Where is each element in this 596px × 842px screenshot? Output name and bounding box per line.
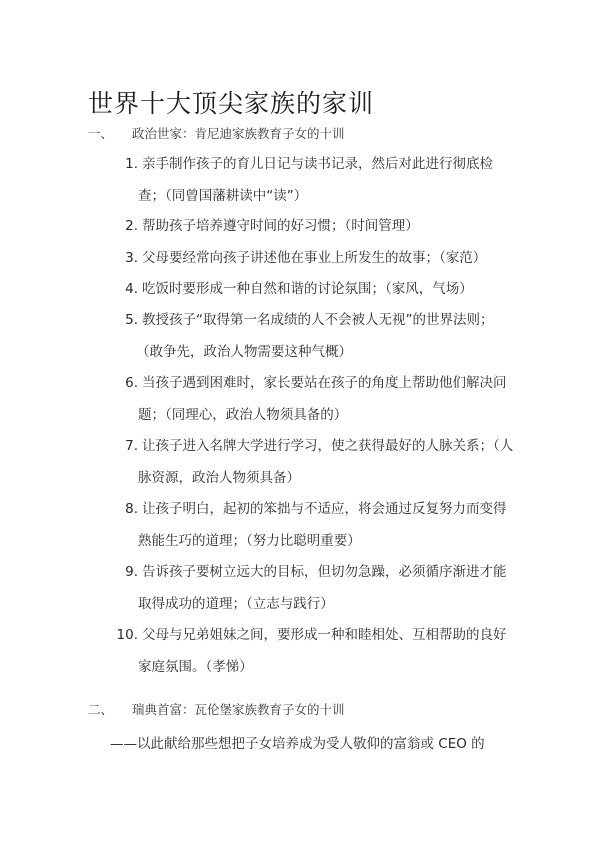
item-number: 4. <box>114 281 138 297</box>
list-item: 7.让孩子进入名牌大学进行学习，使之获得最好的人脉关系；（人 脉资源，政治人物须… <box>114 434 513 454</box>
section-heading-text: 瑞典首富：瓦伦堡家族教育子女的十训 <box>132 702 345 717</box>
section-heading-1: 一、政治世家：肯尼迪家族教育子女的十训 <box>88 124 345 142</box>
list-item: 10.父母与兄弟姐妹之间，要形成一种和睦相处、互相帮助的良好 家庭氛围。（孝悌） <box>114 623 507 643</box>
list-item: 5.教授孩子“取得第一名成绩的人不会被人无视”的世界法则； （敢争先，政治人物需… <box>114 308 494 328</box>
item-text-continued: 家庭氛围。（孝悌） <box>138 655 253 675</box>
item-number: 10. <box>114 627 138 643</box>
item-text: 让孩子进入名牌大学进行学习，使之获得最好的人脉关系；（人 <box>142 438 513 454</box>
item-text: 亲手制作孩子的育儿日记与读书记录，然后对此进行彻底检 <box>142 156 493 172</box>
item-text-continued: 熟能生巧的道理；（努力比聪明重要） <box>138 529 361 549</box>
item-text: 吃饭时要形成一种自然和谐的讨论氛围；（家风，气场） <box>142 281 473 297</box>
item-text: 帮助孩子培养遵守时间的好习惯；（时间管理） <box>142 218 419 234</box>
item-text-continued: 查；（同曾国藩耕读中“读”） <box>138 184 307 204</box>
section-subtitle: ——以此献给那些想把子女培养成为受人敬仰的富翁或 CEO 的 <box>110 732 485 752</box>
item-number: 3. <box>114 250 138 266</box>
list-item: 2.帮助孩子培养遵守时间的好习惯；（时间管理） <box>114 214 419 234</box>
item-number: 5. <box>114 312 138 328</box>
section-heading-text: 政治世家：肯尼迪家族教育子女的十训 <box>132 126 345 141</box>
section-number: 一、 <box>88 124 132 142</box>
list-item: 9.告诉孩子要树立远大的目标，但切勿急躁，必须循序渐进才能 取得成功的道理；（立… <box>114 560 507 580</box>
list-item: 1.亲手制作孩子的育儿日记与读书记录，然后对此进行彻底检 查；（同曾国藩耕读中“… <box>114 152 493 172</box>
item-number: 8. <box>114 501 138 517</box>
list-item: 3.父母要经常向孩子讲述他在事业上所发生的故事；（家范） <box>114 246 486 266</box>
list-item: 4.吃饭时要形成一种自然和谐的讨论氛围；（家风，气场） <box>114 277 473 297</box>
item-text: 父母要经常向孩子讲述他在事业上所发生的故事；（家范） <box>142 250 486 266</box>
item-text: 父母与兄弟姐妹之间，要形成一种和睦相处、互相帮助的良好 <box>142 627 507 643</box>
item-text-continued: 脉资源，政治人物须具备） <box>138 466 300 486</box>
item-number: 7. <box>114 438 138 454</box>
page-title: 世界十大顶尖家族的家训 <box>88 84 374 120</box>
item-text: 教授孩子“取得第一名成绩的人不会被人无视”的世界法则； <box>142 312 494 328</box>
item-text-continued: 题；（同理心，政治人物须具备的） <box>138 403 347 423</box>
item-text: 告诉孩子要树立远大的目标，但切勿急躁，必须循序渐进才能 <box>142 564 507 580</box>
item-number: 9. <box>114 564 138 580</box>
list-item: 6.当孩子遇到困难时，家长要站在孩子的角度上帮助他们解决问 题；（同理心，政治人… <box>114 371 507 391</box>
item-text: 让孩子明白，起初的笨拙与不适应，将会通过反复努力而变得 <box>142 501 507 517</box>
section-heading-2: 二、瑞典首富：瓦伦堡家族教育子女的十训 <box>88 700 345 718</box>
item-text-continued: 取得成功的道理；（立志与践行） <box>138 592 334 612</box>
item-text-continued: （敢争先，政治人物需要这种气概） <box>136 340 352 360</box>
item-number: 6. <box>114 375 138 391</box>
section-number: 二、 <box>88 700 132 718</box>
item-number: 1. <box>114 156 138 172</box>
list-item: 8.让孩子明白，起初的笨拙与不适应，将会通过反复努力而变得 熟能生巧的道理；（努… <box>114 497 507 517</box>
item-text: 当孩子遇到困难时，家长要站在孩子的角度上帮助他们解决问 <box>142 375 507 391</box>
item-number: 2. <box>114 218 138 234</box>
